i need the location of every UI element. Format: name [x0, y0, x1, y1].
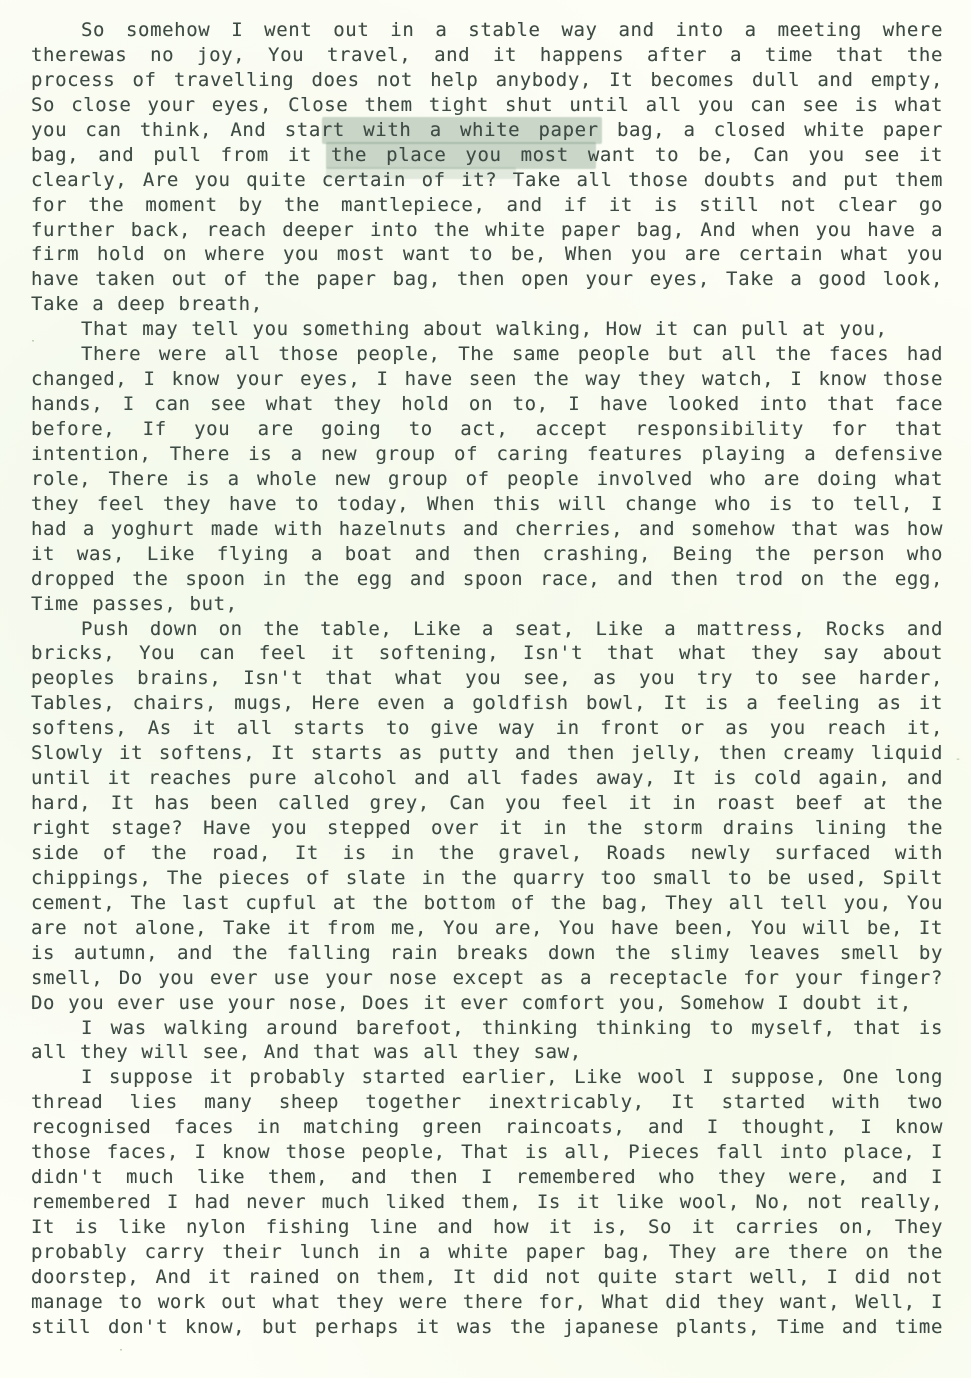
document-body: So somehow I went out in a stable way an… — [31, 18, 943, 1340]
text-line: There were all those people, The same pe… — [31, 342, 943, 367]
paragraph: So somehow I went out in a stable way an… — [31, 18, 943, 317]
text-line: bag, and pull from it the place you most… — [31, 143, 943, 168]
text-line: have taken out of the paper bag, then op… — [31, 267, 943, 292]
paragraph: I suppose it probably started earlier, L… — [31, 1065, 943, 1339]
text-line: didn't much like them, and then I rememb… — [31, 1165, 943, 1190]
text-line: had a yoghurt made with hazelnuts and ch… — [31, 517, 943, 542]
text-line: it was, Like flying a boat and then cras… — [31, 542, 943, 567]
text-line: manage to work out what they were there … — [31, 1290, 943, 1315]
text-line: Tables, chairs, mugs, Here even a goldfi… — [31, 691, 943, 716]
text-line: Push down on the table, Like a seat, Lik… — [31, 617, 943, 642]
ink-speck: · — [118, 1345, 124, 1356]
text-line: intention, There is a new group of carin… — [31, 442, 943, 467]
text-line: process of travelling does not help anyb… — [31, 68, 943, 93]
text-line: Do you ever use your nose, Does it ever … — [31, 991, 943, 1016]
text-line: clearly, Are you quite certain of it? Ta… — [31, 168, 943, 193]
text-line: recognised faces in matching green rainc… — [31, 1115, 943, 1140]
text-line: doorstep, And it rained on them, It did … — [31, 1265, 943, 1290]
text-line: cement, The last cupful at the bottom of… — [31, 891, 943, 916]
text-line: still don't know, but perhaps it was the… — [31, 1315, 943, 1340]
text-line: you can think, And start with a white pa… — [31, 118, 943, 143]
text-line: those faces, I know those people, That i… — [31, 1140, 943, 1165]
text-line: role, There is a whole new group of peop… — [31, 467, 943, 492]
text-line: for the moment by the mantlepiece, and i… — [31, 193, 943, 218]
text-line: they feel they have to today, When this … — [31, 492, 943, 517]
scanned-page: So somehow I went out in a stable way an… — [0, 0, 971, 1378]
text-line: Slowly it softens, It starts as putty an… — [31, 741, 943, 766]
text-line: hands, I can see what they hold on to, I… — [31, 392, 943, 417]
text-line: So close your eyes, Close them tight shu… — [31, 93, 943, 118]
text-line: firm hold on where you most want to be, … — [31, 242, 943, 267]
text-line: hard, It has been called grey, Can you f… — [31, 791, 943, 816]
text-line: further back, reach deeper into the whit… — [31, 218, 943, 243]
text-line: remembered I had never much liked them, … — [31, 1190, 943, 1215]
text-line: thread lies many sheep together inextric… — [31, 1090, 943, 1115]
text-line: changed, I know your eyes, I have seen t… — [31, 367, 943, 392]
text-line: peoples brains, Isn't that what you see,… — [31, 666, 943, 691]
text-line: before, If you are going to act, accept … — [31, 417, 943, 442]
ink-speck: · — [30, 336, 36, 347]
text-line: chippings, The pieces of slate in the qu… — [31, 866, 943, 891]
text-line: right stage? Have you stepped over it in… — [31, 816, 943, 841]
text-line: are not alone, Take it from me, You are,… — [31, 916, 943, 941]
text-line: Take a deep breath, — [31, 292, 943, 317]
text-line: all they will see, And that was all they… — [31, 1040, 943, 1065]
text-line: until it reaches pure alcohol and all fa… — [31, 766, 943, 791]
text-line: smell, Do you ever use your nose except … — [31, 966, 943, 991]
text-line: I was walking around barefoot, thinking … — [31, 1016, 943, 1041]
paragraph: That may tell you something about walkin… — [31, 317, 943, 342]
text-line: is autumn, and the falling rain breaks d… — [31, 941, 943, 966]
text-line: Time passes, but, — [31, 592, 943, 617]
paragraph: I was walking around barefoot, thinking … — [31, 1016, 943, 1066]
ink-speck: - — [955, 754, 961, 765]
text-line: therewas no joy, You travel, and it happ… — [31, 43, 943, 68]
text-line: softens, As it all starts to give way in… — [31, 716, 943, 741]
text-line: That may tell you something about walkin… — [31, 317, 943, 342]
text-line: So somehow I went out in a stable way an… — [31, 18, 943, 43]
text-line: dropped the spoon in the egg and spoon r… — [31, 567, 943, 592]
text-line: probably carry their lunch in a white pa… — [31, 1240, 943, 1265]
paragraph: There were all those people, The same pe… — [31, 342, 943, 616]
text-line: I suppose it probably started earlier, L… — [31, 1065, 943, 1090]
text-line: bricks, You can feel it softening, Isn't… — [31, 641, 943, 666]
paragraph: Push down on the table, Like a seat, Lik… — [31, 617, 943, 1016]
text-line: It is like nylon fishing line and how it… — [31, 1215, 943, 1240]
text-line: side of the road, It is in the gravel, R… — [31, 841, 943, 866]
